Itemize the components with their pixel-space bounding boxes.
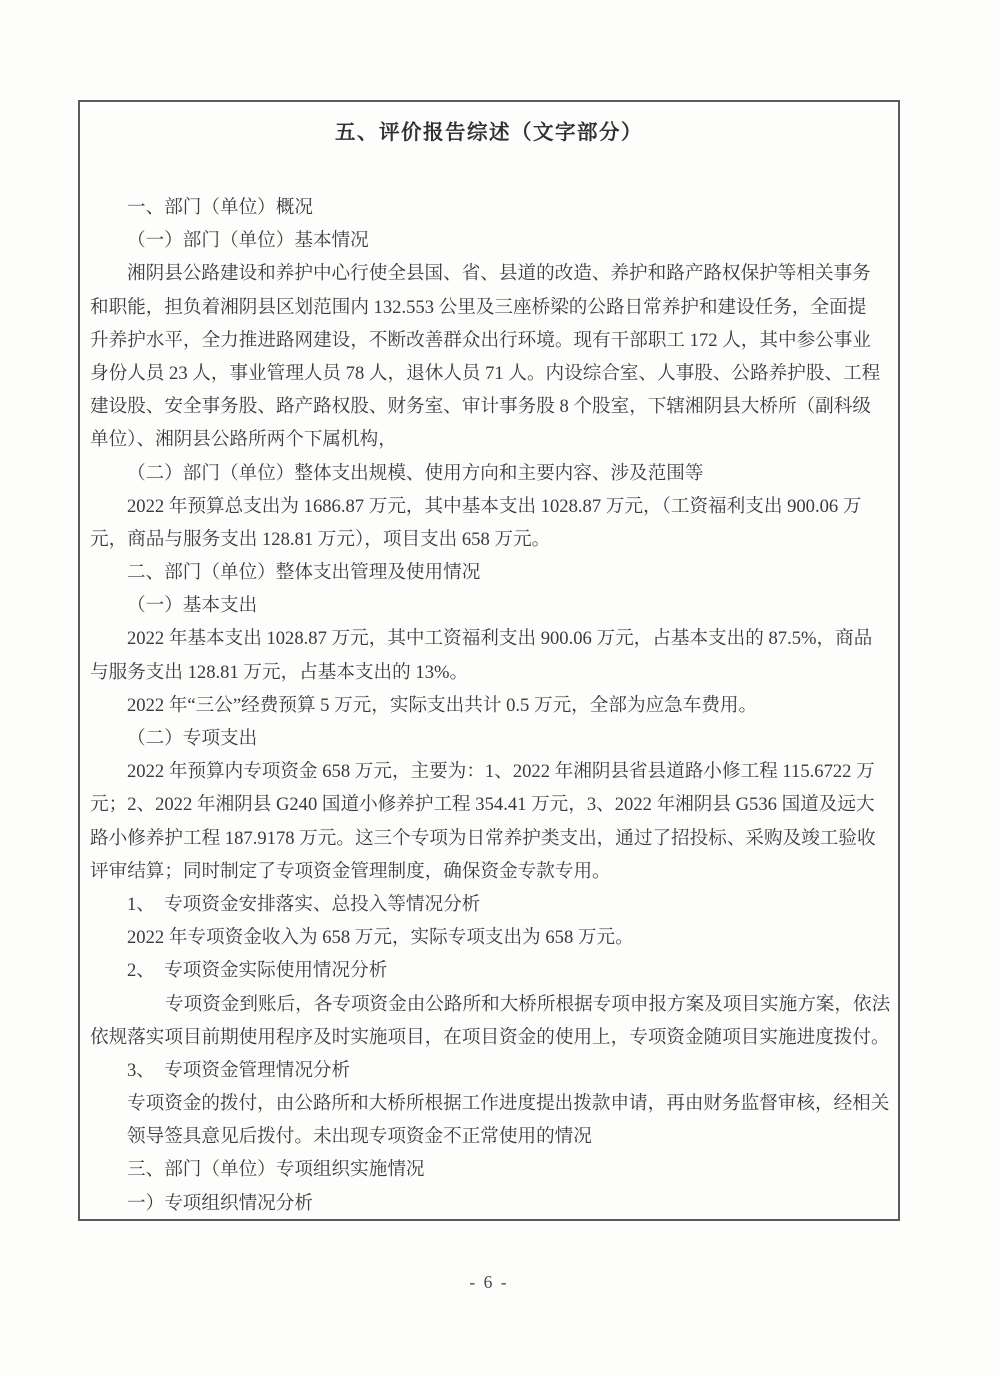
text-line: 评审结算；同时制定了专项资金管理制度，确保资金专款专用。 xyxy=(90,855,896,888)
text-line: 2022 年“三公”经费预算 5 万元，实际支出共计 0.5 万元，全部为应急车… xyxy=(90,689,896,722)
text-line: 依规落实项目前期使用程序及时实施项目，在项目资金的使用上，专项资金随项目实施进度… xyxy=(90,1021,896,1054)
text-line: 湘阴县公路建设和养护中心行使全县国、省、县道的改造、养护和路产路权保护等相关事务 xyxy=(90,257,896,290)
text-line: 专项资金到账后，各专项资金由公路所和大桥所根据专项申报方案及项目实施方案，依法 xyxy=(90,988,896,1021)
text-line: 与服务支出 128.81 万元，占基本支出的 13%。 xyxy=(90,656,896,689)
text-line: （一）基本支出 xyxy=(90,589,896,622)
text-line: 2022 年预算总支出为 1686.87 万元，其中基本支出 1028.87 万… xyxy=(90,490,896,523)
text-line: 一、部门（单位）概况 xyxy=(90,191,896,224)
text-line: 三、部门（单位）专项组织实施情况 xyxy=(90,1153,896,1186)
page-number: - 6 - xyxy=(0,1272,978,1293)
text-line: 2022 年专项资金收入为 658 万元，实际专项支出为 658 万元。 xyxy=(90,921,896,954)
text-line: 2022 年基本支出 1028.87 万元，其中工资福利支出 900.06 万元… xyxy=(90,622,896,655)
text-line: 领导签具意见后拨付。未出现专项资金不正常使用的情况 xyxy=(90,1120,896,1153)
content-border-box: 五、评价报告综述（文字部分） 一、部门（单位）概况（一）部门（单位）基本情况湘阴… xyxy=(78,100,900,1221)
text-line: 单位）、湘阴县公路所两个下属机构， xyxy=(90,423,896,456)
text-line: （二）部门（单位）整体支出规模、使用方向和主要内容、涉及范围等 xyxy=(90,457,896,490)
text-line: （一）部门（单位）基本情况 xyxy=(90,224,896,257)
document-body: 一、部门（单位）概况（一）部门（单位）基本情况湘阴县公路建设和养护中心行使全县国… xyxy=(80,191,898,1220)
text-line: 3、 专项资金管理情况分析 xyxy=(90,1054,896,1087)
text-line: （二）专项支出 xyxy=(90,722,896,755)
document-page: 五、评价报告综述（文字部分） 一、部门（单位）概况（一）部门（单位）基本情况湘阴… xyxy=(0,0,1000,1375)
text-line: 1、 专项资金安排落实、总投入等情况分析 xyxy=(90,888,896,921)
text-line: 2、 专项资金实际使用情况分析 xyxy=(90,954,896,987)
text-line: 建设股、安全事务股、路产路权股、财务室、审计事务股 8 个股室，下辖湘阴县大桥所… xyxy=(90,390,896,423)
text-line: 二、部门（单位）整体支出管理及使用情况 xyxy=(90,556,896,589)
text-line: 一）专项组织情况分析 xyxy=(90,1187,896,1220)
text-line: 路小修养护工程 187.9178 万元。这三个专项为日常养护类支出，通过了招投标… xyxy=(90,822,896,855)
text-line: 专项资金的拨付，由公路所和大桥所根据工作进度提出拨款申请，再由财务监督审核，经相… xyxy=(90,1087,896,1120)
text-line: 身份人员 23 人，事业管理人员 78 人，退休人员 71 人。内设综合室、人事… xyxy=(90,357,896,390)
text-line: 和职能，担负着湘阴县区划范围内 132.553 公里及三座桥梁的公路日常养护和建… xyxy=(90,291,896,324)
text-line: 元，商品与服务支出 128.81 万元），项目支出 658 万元。 xyxy=(90,523,896,556)
text-line: 升养护水平，全力推进路网建设，不断改善群众出行环境。现有干部职工 172 人，其… xyxy=(90,324,896,357)
text-line: 元；2、2022 年湘阴县 G240 国道小修养护工程 354.41 万元，3、… xyxy=(90,788,896,821)
report-title: 五、评价报告综述（文字部分） xyxy=(80,115,898,145)
text-line: 2022 年预算内专项资金 658 万元，主要为：1、2022 年湘阴县省县道路… xyxy=(90,755,896,788)
